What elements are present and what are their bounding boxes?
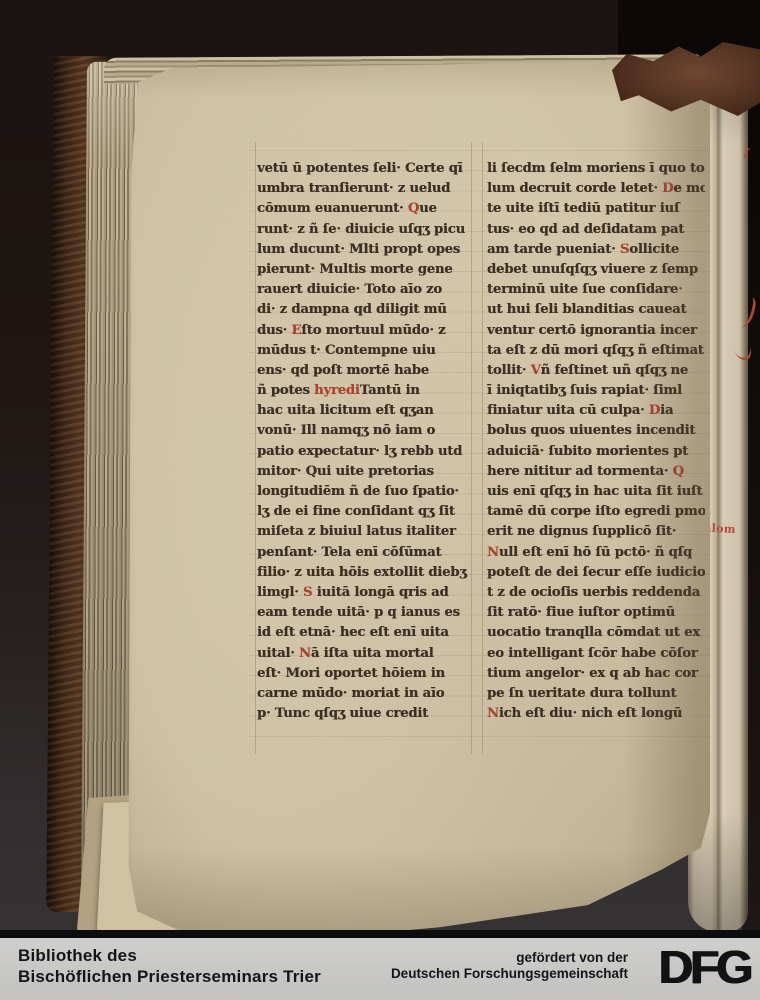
manuscript-line: ut hui ſeli blanditias caueat (487, 302, 705, 322)
ruling-vertical-middle (471, 142, 472, 754)
manuscript-line: bolus quos uiuentes incendit (487, 423, 705, 443)
manuscript-line: uis enī qſqʒ in hac uita ſit iuſt (487, 484, 705, 504)
manuscript-line: terminū uite ſue conſidare· (487, 282, 705, 302)
dfg-logo: DFG (658, 940, 750, 994)
manuscript-line: te uite iſtī tediū patitur iuſ (487, 201, 705, 221)
library-name-line1: Bibliothek des (18, 945, 321, 966)
manuscript-line: carne mūdo· moriat in aīo (257, 686, 475, 706)
manuscript-line: finiatur uita cū culpa· Dia (487, 403, 705, 423)
manuscript-line: miſeta z biuiul latus italiter (257, 524, 475, 544)
manuscript-line: pe ſn ueritate dura tollunt (487, 686, 705, 706)
manuscript-line: eam tende uitā· p q ianus es (257, 605, 475, 625)
manuscript-line: umbra tranſierunt· z uelud (257, 181, 475, 201)
manuscript-line: lum ducunt· Mlti propt opes (257, 242, 475, 262)
ruling-vertical-middle-2 (482, 142, 483, 754)
manuscript-line: uocatio tranqlla cōmdat ut ex (487, 625, 705, 645)
manuscript-line: longitudiēm ñ de ſuo ſpatio· (257, 484, 475, 504)
manuscript-line: patio expectatur· lʒ rebb utd (257, 444, 475, 464)
manuscript-line: t z de ocioſis uerbis reddenda (487, 585, 705, 605)
digitized-manuscript-photo: Salom vetū ū potentes ſeli· Certe qīumbr… (0, 0, 760, 1000)
manuscript-line: penſant· Tela enī cōſūmat (257, 545, 475, 565)
manuscript-line: Null eſt enī hō ſū pctō· ñ qſq (487, 545, 705, 565)
manuscript-line: runt· z ñ ſe· diuicie uſqʒ picu (257, 222, 475, 242)
footer-bar: Bibliothek des Bischöflichen Priestersem… (0, 938, 760, 1000)
manuscript-line: ta eſt z dū mori qſqʒ ñ eſtimat (487, 343, 705, 363)
manuscript-line: ſit ratō· fiue iuſtor optimū (487, 605, 705, 625)
manuscript-line: vonū· Ill namqʒ nō iam o (257, 423, 475, 443)
manuscript-line: mitor· Qui uite pretorias (257, 464, 475, 484)
library-name-line2: Bischöflichen Priesterseminars Trier (18, 966, 321, 987)
funding-line2: Deutschen Forschungsgemeinschaft (391, 966, 628, 982)
manuscript-line: erit ne dignus ſupplicō ſit· (487, 524, 705, 544)
manuscript-line: lum decruit corde letet· De mor (487, 181, 705, 201)
manuscript-line: ens· qd poſt mortē habe (257, 363, 475, 383)
text-column-right: li ſecdm ſelm moriens ī quo tolum decrui… (487, 161, 705, 726)
manuscript-line: Nich eſt diu· nich eſt longū (487, 706, 705, 726)
manuscript-line: vetū ū potentes ſeli· Certe qī (257, 161, 475, 181)
manuscript-line: p· Tunc qſqʒ uiue credit (257, 706, 475, 726)
manuscript-line: am tarde pueniat· Sollicite (487, 242, 705, 262)
funding-line1: gefördert von der (391, 950, 628, 966)
manuscript-line: hac uita licitum eſt qʒan (257, 403, 475, 423)
manuscript-line: pierunt· Multis morte gene (257, 262, 475, 282)
manuscript-line: tium angelor· ex q ab hac cor (487, 666, 705, 686)
manuscript-line: ventur certō ignorantia incer (487, 323, 705, 343)
manuscript-line: ī iniqtatibʒ ſuis rapiat· ſiml (487, 383, 705, 403)
manuscript-line: rauert diuicie· Toto aīo zo (257, 282, 475, 302)
ruling-lines (250, 150, 710, 740)
manuscript-line: mūdus t· Contempne uiu (257, 343, 475, 363)
manuscript-line: here nititur ad tormenta· Q (487, 464, 705, 484)
ruling-vertical-left (255, 142, 256, 754)
manuscript-line: debet unuſqſqʒ viuere z ſemp (487, 262, 705, 282)
footer-divider (0, 930, 760, 938)
manuscript-line: tollit· Vñ feſtinet uñ qſqʒ ne (487, 363, 705, 383)
manuscript-line: eo intelligant ſcōr habe cōſor (487, 646, 705, 666)
manuscript-line: li ſecdm ſelm moriens ī quo to (487, 161, 705, 181)
manuscript-line: tus· eo qd ad deſidatam pat (487, 222, 705, 242)
library-name: Bibliothek des Bischöflichen Priestersem… (18, 945, 321, 987)
manuscript-line: tamē dū corpe iſto egredi pmo (487, 504, 705, 524)
manuscript-line: lʒ de ei fine conſidant qʒ ſit (257, 504, 475, 524)
manuscript-line: limgl· S iuitā longā qris ad (257, 585, 475, 605)
manuscript-line: poteſt de dei ſecur eſſe iudicio (487, 565, 705, 585)
manuscript-line: uital· Nā iſta uita mortal (257, 646, 475, 666)
manuscript-line: ñ potes hyrediTantū in (257, 383, 475, 403)
manuscript-line: di· z dampna qd diligit mū (257, 302, 475, 322)
text-column-left: vetū ū potentes ſeli· Certe qīumbra tran… (257, 161, 475, 726)
manuscript-line: filio· z uita hōis extollit diebʒ (257, 565, 475, 585)
manuscript-line: aduiciā· ſubito morientes pt (487, 444, 705, 464)
funding-credit: gefördert von der Deutschen Forschungsge… (391, 950, 628, 982)
manuscript-line: id eſt etnā· hec eſt enī uita (257, 625, 475, 645)
manuscript-line: dus· Eſto mortuul mūdo· z (257, 323, 475, 343)
manuscript-page: vetū ū potentes ſeli· Certe qīumbra tran… (98, 54, 710, 936)
manuscript-line: eſt· Mori oportet hōiem in (257, 666, 475, 686)
manuscript-line: cōmum euanuerunt· Que (257, 201, 475, 221)
